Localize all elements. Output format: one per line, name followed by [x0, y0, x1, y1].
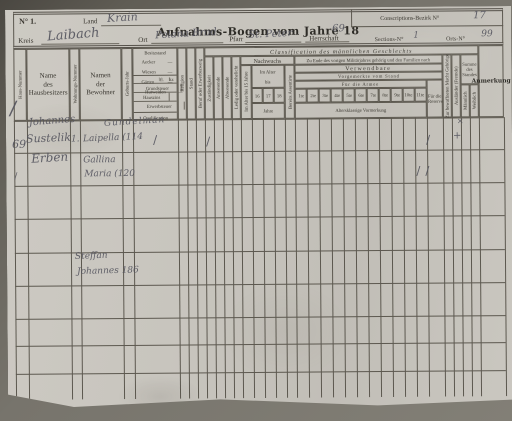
grid-line-vertical	[285, 119, 288, 398]
tally-mark: ∕	[206, 134, 210, 148]
tally-mark: ∕	[426, 133, 430, 147]
grid-line-vertical	[295, 119, 298, 398]
grid-line-vertical	[403, 118, 406, 397]
tally-mark: ∕	[14, 172, 17, 182]
tally-mark: ∕	[425, 164, 429, 178]
grid-line-vertical	[122, 120, 125, 399]
entry-bewohner-row5-line1: Steffan	[75, 251, 108, 262]
grid-line-vertical	[343, 118, 346, 397]
scanned-census-sheet: N° 1. Land Krain Aufnahms-Bogen vom Jahr…	[0, 0, 512, 421]
grid-line-horizontal	[15, 215, 505, 220]
grid-line-vertical	[452, 117, 455, 396]
grid-line-vertical	[470, 117, 473, 396]
entry-besitzer-last-name: Sustelik	[26, 131, 71, 146]
grid-line-vertical	[14, 121, 17, 400]
entry-wohnungs-nr: 1.	[71, 134, 80, 144]
grid-line-vertical	[274, 119, 277, 398]
grid-line-vertical	[214, 119, 217, 398]
grid-line-vertical	[379, 118, 382, 397]
grid-line-horizontal	[14, 117, 504, 122]
grid-line-vertical	[504, 117, 507, 396]
grid-line-horizontal	[15, 315, 505, 320]
grid-line-vertical	[415, 118, 418, 397]
grid-line-vertical	[461, 117, 464, 396]
grid-line-horizontal	[16, 342, 506, 347]
table-body-grid	[5, 6, 512, 414]
grid-line-horizontal	[14, 182, 504, 187]
census-form-paper: N° 1. Land Krain Aufnahms-Bogen vom Jahr…	[5, 6, 512, 414]
grid-line-vertical	[196, 119, 199, 398]
grid-line-vertical	[355, 118, 358, 397]
grid-line-vertical	[263, 119, 266, 398]
grid-line-vertical	[443, 118, 446, 397]
grid-line-vertical	[205, 119, 208, 398]
cross-mark: ×	[457, 116, 464, 125]
plus-mark: +	[453, 130, 461, 141]
grid-line-vertical	[252, 119, 255, 398]
grid-line-vertical	[241, 119, 244, 398]
grid-line-horizontal	[14, 149, 504, 154]
grid-line-vertical	[70, 120, 73, 399]
grid-line-vertical	[178, 120, 181, 399]
grid-line-vertical	[331, 118, 334, 397]
tally-mark: ∕	[153, 133, 157, 147]
tally-mark: ∕	[416, 164, 420, 178]
grid-line-vertical	[27, 121, 30, 400]
entry-bewohner-row2-line1: Gallina	[83, 155, 115, 165]
entry-besitzer-row2: Erben	[31, 150, 69, 166]
grid-line-vertical	[391, 118, 394, 397]
grid-line-horizontal	[16, 370, 506, 375]
grid-line-vertical	[367, 118, 370, 397]
grid-line-vertical	[479, 117, 482, 396]
entry-haus-nr: 69	[12, 138, 26, 151]
grid-line-vertical	[427, 118, 430, 397]
entry-bewohner-row2-line2: Maria (120	[84, 169, 135, 179]
grid-line-vertical	[307, 119, 310, 398]
entry-bewohner-row5-line2: Johannes 186	[77, 265, 139, 277]
grid-line-vertical	[133, 120, 136, 399]
grid-line-vertical	[232, 119, 235, 398]
grid-line-horizontal	[15, 282, 505, 287]
grid-line-vertical	[187, 120, 190, 399]
grid-line-vertical	[223, 119, 226, 398]
grid-line-vertical	[319, 119, 322, 398]
